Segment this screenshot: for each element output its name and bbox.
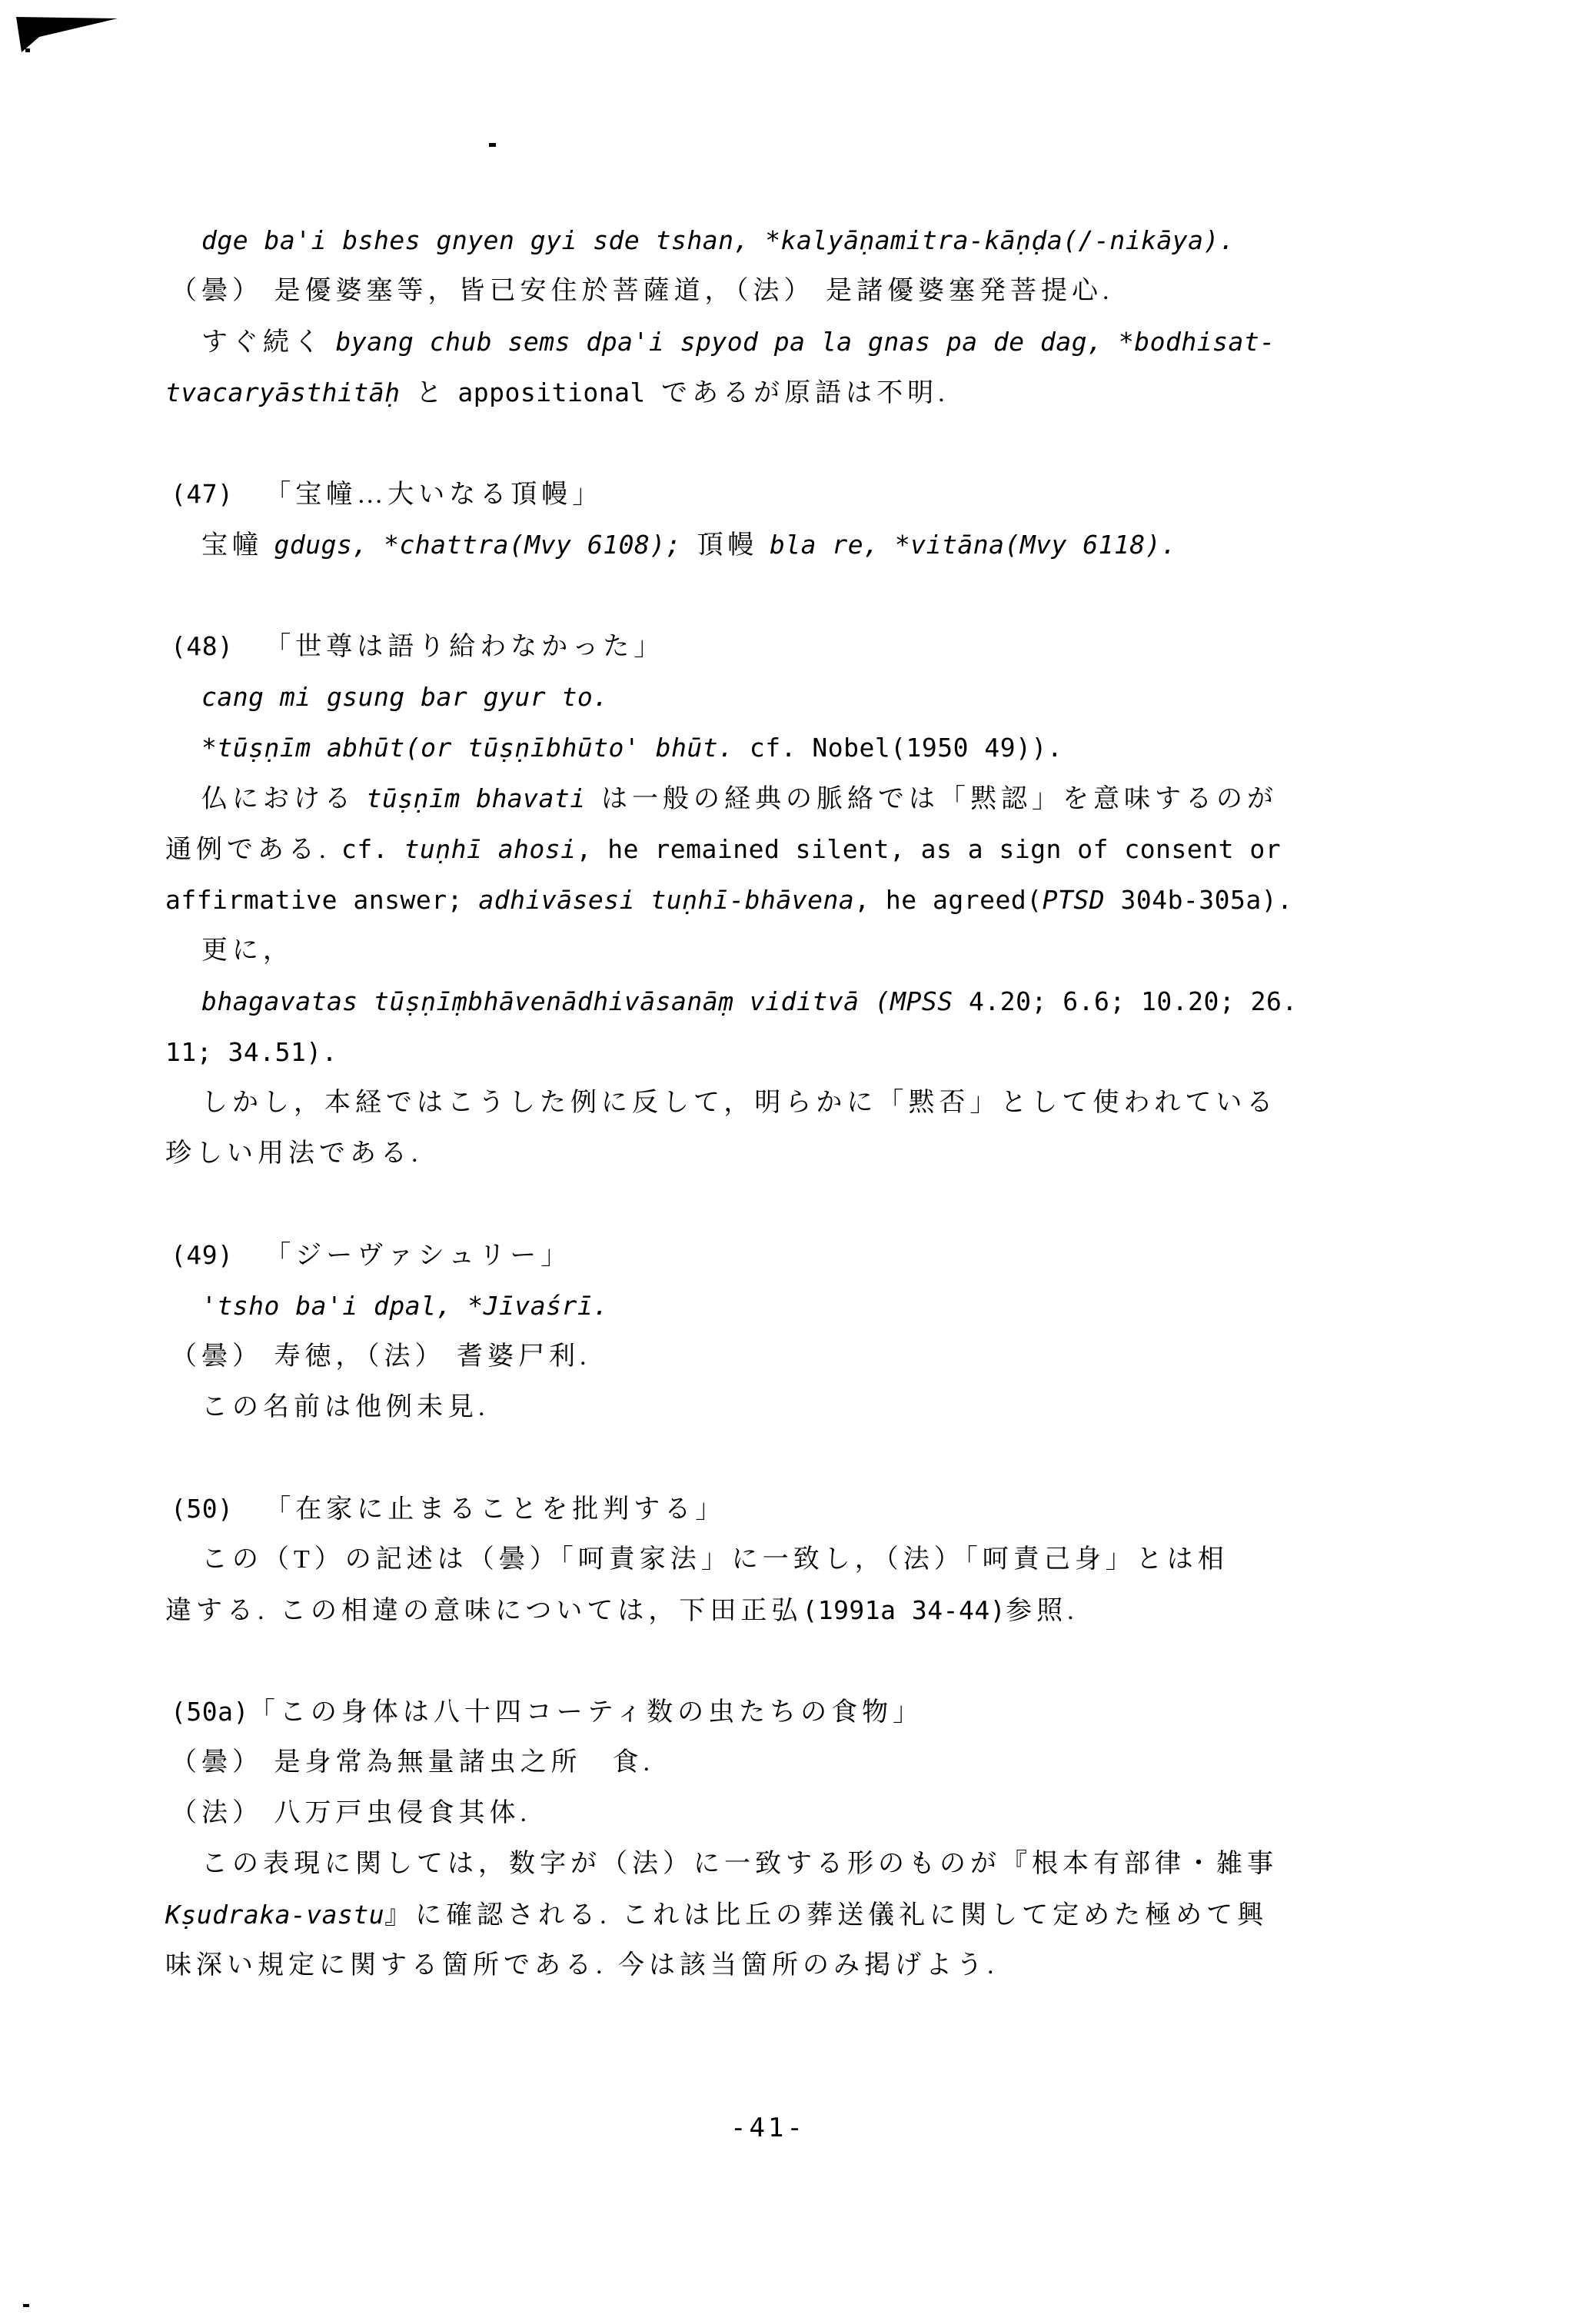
text-line: （曇） 是身常為無量諸虫之所 食.	[165, 1750, 654, 1776]
text-line: tvacaryāsthitāḥ と appositional であるが原語は不明…	[165, 380, 949, 407]
text-segment: 「在家に止まることを批判する」	[264, 1495, 726, 1524]
text-line: dge ba'i bshes gnyen gyi sde tshan, *kal…	[165, 228, 1235, 253]
text-segment: bhagavatas tūṣṇīṃbhāvenādhivāsanāṃ vidit…	[201, 986, 953, 1016]
text-segment: 「宝幢…大いなる頂幔」	[264, 480, 603, 509]
text-segment: （法） 八万戸虫侵食其体.	[171, 1799, 531, 1827]
text-segment: この表現に関しては，数字が（法）に一致する形のものが『根本有部律・雑事	[201, 1850, 1278, 1878]
text-segment: 304b-305a).	[1105, 885, 1292, 915]
text-segment: byang chub sems dpa'i spyod pa la gnas p…	[336, 327, 1275, 357]
section-heading: (47) 「宝幢…大いなる頂幔」	[165, 481, 603, 508]
scan-speck	[25, 48, 30, 52]
text-segment: bla re, *vitāna(Mvy 6118).	[770, 530, 1177, 560]
text-segment: （曇） 是優婆塞等，皆已安住於菩薩道，（法） 是諸優婆塞発菩提心.	[171, 277, 1114, 305]
section-heading: (49) 「ジーヴァシュリー」	[165, 1242, 571, 1269]
text-segment: appositional	[457, 377, 661, 407]
text-segment: 'tsho ba'i dpal, *Jīvaśrī.	[201, 1291, 609, 1321]
section-heading: (50a)「この身体は八十四コーティ数の虫たちの食物」	[165, 1699, 923, 1726]
text-line: 'tsho ba'i dpal, *Jīvaśrī.	[165, 1293, 609, 1318]
text-segment: この（T）の記述は（曇）「呵責家法」に一致し，（法）「呵責己身」とは相	[201, 1545, 1229, 1574]
text-segment: tvacaryāsthitāḥ	[165, 377, 416, 407]
text-segment: 11; 34.51).	[165, 1037, 338, 1067]
text-line: しかし，本経ではこうした例に反して，明らかに「黙否」として使われている	[165, 1090, 1277, 1116]
text-line: Kṣudraka-vastu』に確認される. これは比丘の葬送儀礼に関して定めた…	[165, 1902, 1268, 1929]
text-segment: (50)	[171, 1494, 264, 1524]
text-line: （曇） 是優婆塞等，皆已安住於菩薩道，（法） 是諸優婆塞発菩提心.	[165, 278, 1114, 304]
text-line: この名前は他例未見.	[165, 1395, 490, 1421]
text-segment: 「この身体は八十四コーティ数の虫たちの食物」	[249, 1698, 923, 1727]
text-line: cang mi gsung bar gyur to.	[165, 684, 609, 710]
text-segment: 仏における	[201, 785, 367, 813]
text-line: この表現に関しては，数字が（法）に一致する形のものが『根本有部律・雑事	[165, 1851, 1278, 1877]
text-segment: 違する. この相違の意味については，下田正弘	[165, 1597, 802, 1625]
text-segment: tūṣṇīm bhavati	[367, 783, 602, 813]
text-line: 違する. この相違の意味については，下田正弘(1991a 34-44)参照.	[165, 1598, 1079, 1624]
text-segment: （曇） 寿徳，（法） 耆婆尸利.	[171, 1342, 591, 1371]
text-line: 11; 34.51).	[165, 1039, 338, 1065]
text-segment: *tūṣṇīm abhūt(or tūṣṇībhūto' bhūt.	[201, 733, 750, 763]
text-segment: tuṇhī ahosi	[404, 834, 576, 864]
text-segment: adhivāsesi tuṇhī-bhāvena	[478, 885, 854, 915]
text-segment: は一般の経典の脈絡では「黙認」を意味するのが	[601, 785, 1278, 813]
text-segment: cang mi gsung bar gyur to.	[201, 682, 609, 712]
text-segment: 更に，	[201, 936, 294, 965]
text-segment: (50a)	[171, 1697, 249, 1727]
scan-speck	[23, 2304, 29, 2307]
text-line: （法） 八万戸虫侵食其体.	[165, 1800, 531, 1827]
text-segment: PTSD	[1043, 885, 1105, 915]
text-segment: であるが原語は不明.	[661, 379, 949, 407]
text-line: 仏における tūṣṇīm bhavati は一般の経典の脈絡では「黙認」を意味す…	[165, 786, 1278, 813]
text-segment: と	[416, 379, 458, 407]
corner-wedge-mark	[16, 17, 118, 54]
text-segment: 「世尊は語り給わなかった」	[264, 633, 664, 661]
section-heading: (48) 「世尊は語り給わなかった」	[165, 633, 664, 660]
text-segment: (48)	[171, 631, 264, 661]
text-segment: 頂幔	[697, 531, 770, 560]
text-segment: cf.	[341, 834, 404, 864]
scanned-page: dge ba'i bshes gnyen gyi sde tshan, *kal…	[0, 0, 1583, 2324]
text-line: この（T）の記述は（曇）「呵責家法」に一致し，（法）「呵責己身」とは相	[165, 1547, 1229, 1573]
text-segment: (47)	[171, 479, 264, 509]
text-segment: 』に確認される. これは比丘の葬送儀礼に関して定めた極めて興	[384, 1901, 1268, 1930]
page-number: -41-	[730, 2113, 806, 2143]
text-line: 珍しい用法である.	[165, 1141, 423, 1167]
text-segment: すぐ続く	[201, 328, 336, 357]
text-segment: この名前は他例未見.	[201, 1393, 490, 1421]
scan-speck	[489, 143, 496, 147]
text-segment: , he agreed(	[854, 885, 1042, 915]
text-segment: 「ジーヴァシュリー」	[264, 1242, 571, 1270]
text-segment: （曇） 是身常為無量諸虫之所 食.	[171, 1748, 654, 1777]
text-segment: 参照.	[1006, 1597, 1079, 1625]
text-segment: (1991a 34-44)	[802, 1595, 1006, 1625]
text-segment: 4.20; 6.6; 10.20; 26.	[953, 986, 1298, 1016]
text-line: affirmative answer; adhivāsesi tuṇhī-bhā…	[165, 887, 1293, 913]
text-line: （曇） 寿徳，（法） 耆婆尸利.	[165, 1344, 591, 1370]
text-segment: affirmative answer;	[165, 885, 478, 915]
text-line: 味深い規定に関する箇所である. 今は該当箇所のみ掲げよう.	[165, 1953, 999, 1979]
section-heading: (50) 「在家に止まることを批判する」	[165, 1496, 726, 1523]
text-segment: (49)	[171, 1240, 264, 1270]
text-segment: 宝幢	[201, 531, 274, 560]
text-segment: Kṣudraka-vastu	[165, 1900, 384, 1930]
text-segment: , he remained silent, as a sign of conse…	[577, 834, 1282, 864]
text-segment: しかし，本経ではこうした例に反して，明らかに「黙否」として使われている	[201, 1089, 1277, 1117]
text-line: すぐ続く byang chub sems dpa'i spyod pa la g…	[165, 329, 1275, 356]
text-segment: 通例である.	[165, 836, 341, 864]
text-segment: gdugs, *chattra(Mvy 6108);	[274, 530, 697, 560]
text-line: 更に，	[165, 938, 294, 964]
text-line: 通例である. cf. tuṇhī ahosi, he remained sile…	[165, 836, 1281, 863]
text-segment: cf. Nobel(1950 49)).	[750, 733, 1063, 763]
text-segment: dge ba'i bshes gnyen gyi sde tshan, *kal…	[201, 225, 1235, 255]
text-segment: 味深い規定に関する箇所である. 今は該当箇所のみ掲げよう.	[165, 1951, 999, 1980]
text-line: 宝幢 gdugs, *chattra(Mvy 6108); 頂幔 bla re,…	[165, 532, 1177, 559]
text-line: *tūṣṇīm abhūt(or tūṣṇībhūto' bhūt. cf. N…	[165, 735, 1063, 760]
text-segment: 珍しい用法である.	[165, 1139, 423, 1168]
text-line: bhagavatas tūṣṇīṃbhāvenādhivāsanāṃ vidit…	[165, 989, 1298, 1014]
